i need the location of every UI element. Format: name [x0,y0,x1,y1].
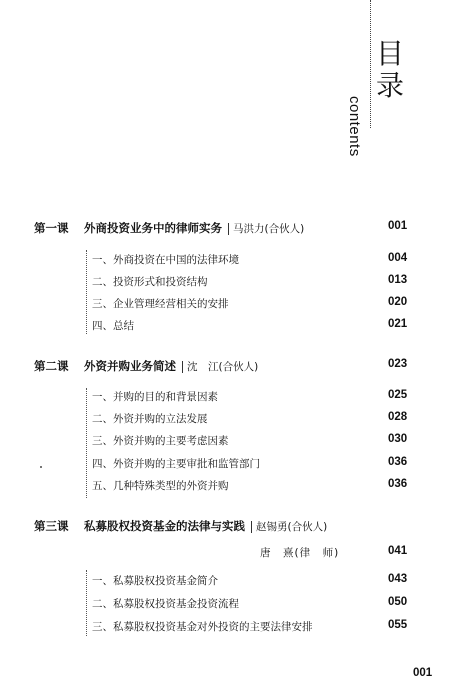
section-item[interactable]: 三、私募股权投资基金对外投资的主要法律安排 [92,619,313,634]
divider [182,361,183,373]
scan-speck [40,466,42,468]
toc-title: 目录 [374,38,406,102]
section-dotted-rule [86,250,87,334]
chapter-page: 023 [388,358,407,370]
header-dotted-rule [370,0,371,128]
section-item[interactable]: 二、外资并购的立法发展 [92,411,208,426]
section-item[interactable]: 二、投资形式和投资结构 [92,274,208,289]
chapter-page: 001 [388,220,407,232]
section-item[interactable]: 二、私募股权投资基金投资流程 [92,596,239,611]
section-page: 025 [388,389,407,401]
section-page: 043 [388,573,407,585]
section-page: 050 [388,596,407,608]
chapter-coauthor: 唐 熹(律 师) [260,545,339,560]
chapter-title: 外商投资业务中的律师实务 [84,221,222,235]
section-page: 036 [388,456,407,468]
section-item[interactable]: 四、外资并购的主要审批和监管部门 [92,456,260,471]
chapter-1-heading[interactable]: 第一课外商投资业务中的律师实务马洪力(合伙人) [34,220,304,236]
section-page: 021 [388,318,407,330]
section-page: 055 [388,619,407,631]
section-item[interactable]: 五、几种特殊类型的外资并购 [92,478,229,493]
chapter-author: 马洪力(合伙人) [233,223,304,235]
section-page: 013 [388,274,407,286]
section-item[interactable]: 三、外资并购的主要考虑因素 [92,433,229,448]
section-item[interactable]: 一、外商投资在中国的法律环境 [92,252,239,267]
chapter-label: 第一课 [34,220,84,236]
section-page: 020 [388,296,407,308]
section-item[interactable]: 三、企业管理经营相关的安排 [92,296,229,311]
chapter-page: 041 [388,545,407,557]
section-item[interactable]: 一、并购的目的和背景因素 [92,389,218,404]
section-page: 036 [388,478,407,490]
section-item[interactable]: 一、私募股权投资基金简介 [92,573,218,588]
section-page: 028 [388,411,407,423]
chapter-title: 私募股权投资基金的法律与实践 [84,519,245,533]
section-item[interactable]: 四、总结 [92,318,134,333]
divider [228,223,229,235]
section-page: 004 [388,252,407,264]
chapter-author: 沈 江(合伙人) [187,361,258,373]
chapter-3-heading[interactable]: 第三课私募股权投资基金的法律与实践赵锡勇(合伙人) [34,518,327,534]
section-page: 030 [388,433,407,445]
section-dotted-rule [86,570,87,636]
chapter-label: 第二课 [34,358,84,374]
chapter-2-heading[interactable]: 第二课外资并购业务简述沈 江(合伙人) [34,358,258,374]
chapter-label: 第三课 [34,518,84,534]
toc-title-english: contents [346,96,363,157]
chapter-title: 外资并购业务简述 [84,359,176,373]
divider [251,521,252,533]
page-number: 001 [413,667,432,679]
chapter-author: 赵锡勇(合伙人) [256,521,327,533]
section-dotted-rule [86,388,87,498]
